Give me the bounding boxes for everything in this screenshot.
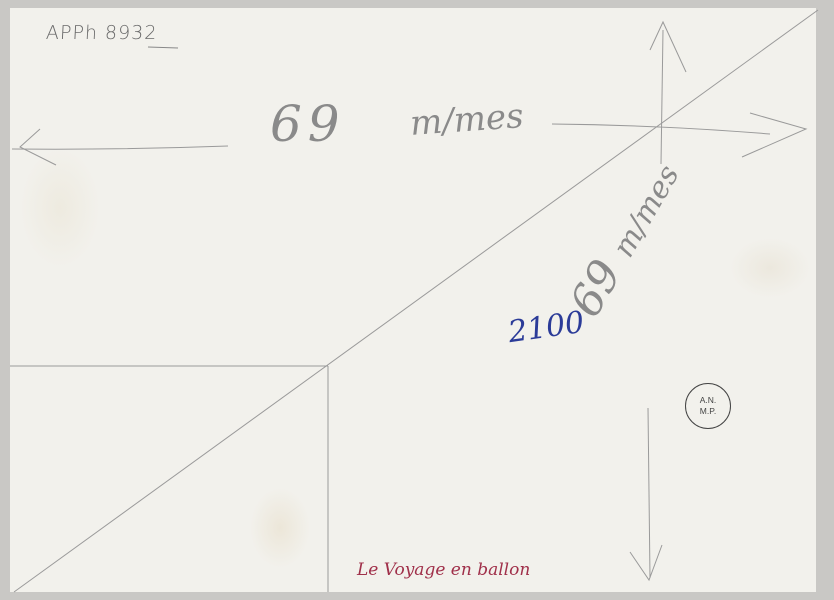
archive-stamp: A.N. M.P. <box>685 383 731 429</box>
horizontal-dimension-value: 69 <box>270 95 346 153</box>
caption-title: Le Voyage en ballon <box>357 560 530 580</box>
reference-underline <box>0 0 834 600</box>
stamp-line-1: A.N. <box>700 395 717 406</box>
stamp-line-2: M.P. <box>700 406 716 417</box>
horizontal-dimension-unit: m/mes <box>409 96 525 144</box>
